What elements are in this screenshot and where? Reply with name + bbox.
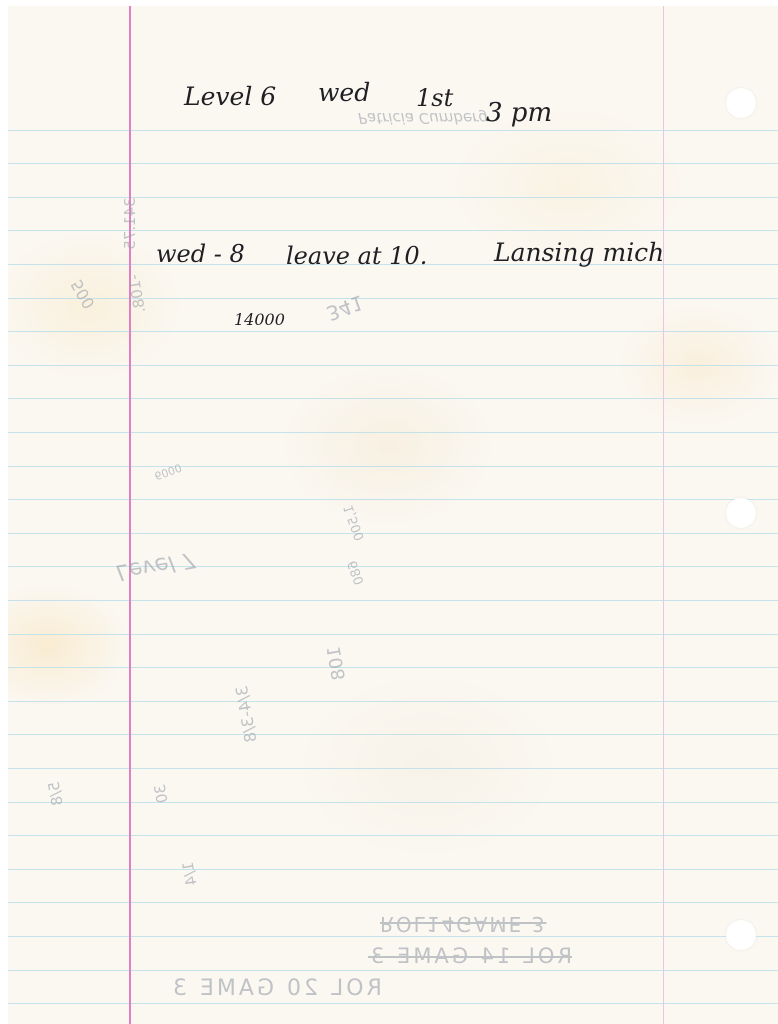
bleed-through-middle-2: 680 (346, 559, 367, 587)
notebook-page: Patricia Cumberg 341.75 341 -108. 500 60… (8, 6, 778, 1024)
bleed-through-middle-3: 108 (325, 645, 349, 682)
bleed-through-upper-left-1: 341.75 (123, 197, 138, 250)
bleed-through-bottom-1: ROL14GAME 3 (380, 914, 546, 934)
bleed-through-lower-left: 5/8 (47, 780, 66, 806)
note-amount: 14000 (234, 312, 285, 328)
note-location: Lansing mich (494, 240, 664, 265)
bleed-through-upper-left-4: 500 (69, 277, 98, 311)
bleed-through-lower-2: 30 (153, 783, 171, 804)
punch-hole-top (726, 88, 756, 118)
punch-hole-middle (726, 498, 756, 528)
bleed-through-bottom-3: ROL 20 GAME 3 (170, 978, 382, 1000)
bleed-through-middle-1: 1,500 (342, 503, 367, 542)
bleed-through-upper-left-5: 6000 (153, 462, 183, 482)
bleed-through-lower-3: 1/4 (181, 860, 200, 886)
right-margin-line (663, 6, 664, 1024)
bleed-through-upper-left-3: -108. (127, 273, 149, 314)
heading-day: wed (318, 80, 370, 105)
note-leave-time: leave at 10. (286, 244, 427, 268)
bleed-through-middle-left: Level 7 (115, 547, 197, 582)
bleed-through-bottom-2: ROL 14 GAME 3 (368, 946, 572, 967)
bleed-through-top: Patricia Cumberg (358, 110, 488, 125)
bleed-through-upper-left-2: 341 (324, 292, 367, 324)
left-margin-line (129, 6, 131, 1024)
punch-hole-bottom (726, 920, 756, 950)
heading-time: 3 pm (486, 100, 552, 126)
note-day: wed - 8 (156, 242, 245, 266)
heading-date: 1st (416, 86, 453, 110)
heading-level: Level 6 (184, 84, 276, 109)
